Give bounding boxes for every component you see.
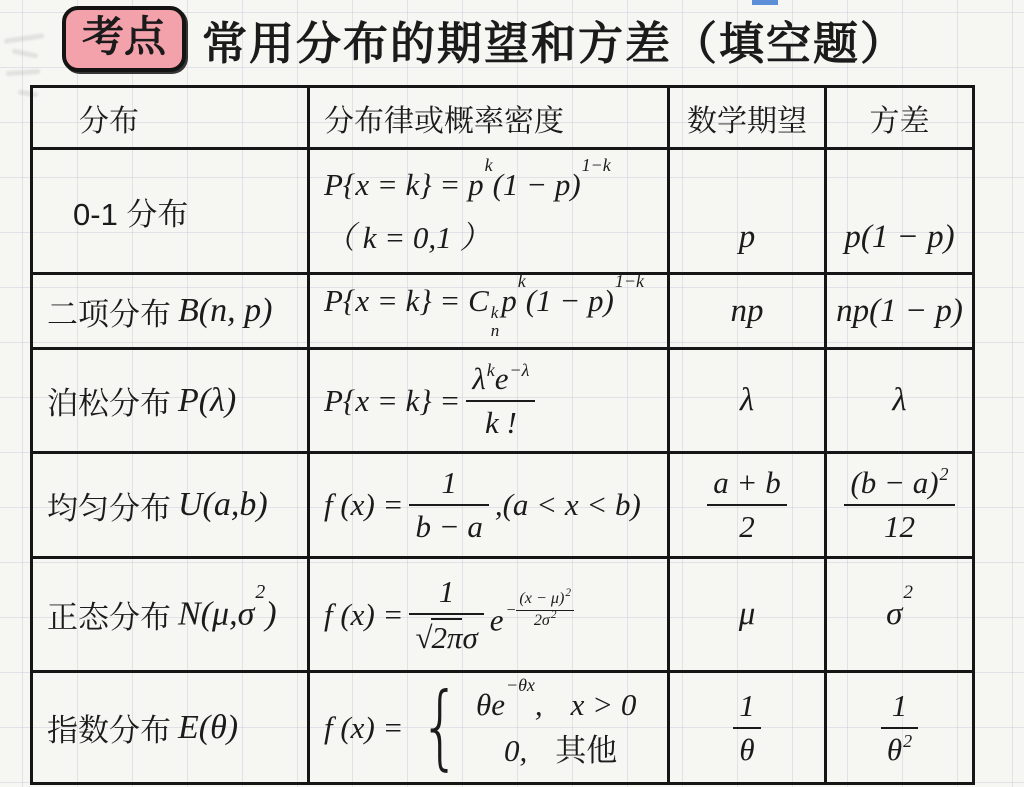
exponent: 1−k [582, 155, 611, 175]
header-distribution: 分布 [33, 88, 310, 150]
formula-condition: （ k = 0,1 ） [324, 219, 490, 256]
header-variance: 方差 [827, 88, 972, 150]
dist-symbol: E(θ) [178, 709, 238, 747]
combination-supsub: kn [491, 304, 500, 340]
fraction: 1 θ [733, 688, 761, 767]
dist-name-bernoulli: 0-1 分布 [33, 150, 310, 275]
variance-binomial: np(1 − p) [827, 275, 972, 350]
formula-bernoulli: P{x = k} = pk(1 − p)1−k （ k = 0,1 ） [310, 150, 670, 275]
expectation-bernoulli: p [670, 150, 827, 275]
exponent: k [518, 275, 526, 291]
expectation-normal: μ [670, 559, 827, 673]
expectation-poisson: λ [670, 350, 827, 454]
header-pdf: 分布律或概率密度 [310, 88, 670, 150]
expectation-binomial: np [670, 275, 827, 350]
cases-brace: { [420, 688, 461, 766]
formula-uniform: f (x) = 1 b − a ,(a < x < b) [310, 454, 670, 559]
expectation-exponential: 1 θ [670, 673, 827, 782]
distribution-table: 分布 分布律或概率密度 数学期望 方差 0-1 分布 P{x = k} = pk… [30, 85, 975, 785]
page-title: 常用分布的期望和方差（填空题） [202, 7, 907, 72]
variance-normal: σ2 [827, 559, 972, 673]
radical-sign: √ [415, 620, 432, 656]
dist-symbol: P(λ) [178, 382, 236, 420]
variance-poisson: λ [827, 350, 972, 454]
exponent-fraction: −(x − μ)22σ2 [506, 590, 574, 630]
dist-name-uniform: 均匀分布 U(a,b) [33, 454, 310, 559]
formula-normal: f (x) = 1 √2πσ e−(x − μ)22σ2 [310, 559, 670, 673]
formula-binomial: P{x = k} = Cknpk(1 − p)1−k [310, 275, 670, 350]
formula-poisson: P{x = k} = λke−λ k ! [310, 350, 670, 454]
exponent: k [485, 155, 493, 175]
dist-name-binomial: 二项分布 B(n, p) [33, 275, 310, 350]
fraction: λke−λ k ! [466, 361, 535, 440]
exponent: 1−k [615, 275, 644, 291]
variance-uniform: (b − a)2 12 [827, 454, 972, 559]
page-header: 考点 常用分布的期望和方差（填空题） [62, 6, 907, 72]
dist-symbol: U(a,b) [178, 486, 268, 524]
dist-symbol: N(μ,σ2) [178, 595, 277, 633]
formula-line: P{x = k} = pk(1 − p)1−k [324, 166, 611, 203]
dist-name-poisson: 泊松分布 P(λ) [33, 350, 310, 454]
piecewise-cases: θe−θx,x > 0 0,其他 [476, 686, 636, 768]
fraction: 1 θ2 [881, 688, 918, 767]
fraction: 1 b − a [409, 465, 488, 544]
variance-bernoulli: p(1 − p) [827, 150, 972, 275]
dist-name-exponential: 指数分布 E(θ) [33, 673, 310, 782]
variance-exponential: 1 θ2 [827, 673, 972, 782]
fraction: 1 √2πσ [409, 574, 483, 655]
dist-name-normal: 正态分布 N(μ,σ2) [33, 559, 310, 673]
expectation-uniform: a + b 2 [670, 454, 827, 559]
fraction: a + b 2 [707, 465, 786, 544]
blue-artifact-mark [752, 0, 778, 5]
fraction: (b − a)2 12 [844, 465, 954, 544]
exam-point-badge: 考点 [62, 6, 186, 72]
dist-symbol: B(n, p) [178, 292, 272, 330]
formula-exponential: f (x) = { θe−θx,x > 0 0,其他 [310, 673, 670, 782]
header-expectation: 数学期望 [670, 88, 827, 150]
